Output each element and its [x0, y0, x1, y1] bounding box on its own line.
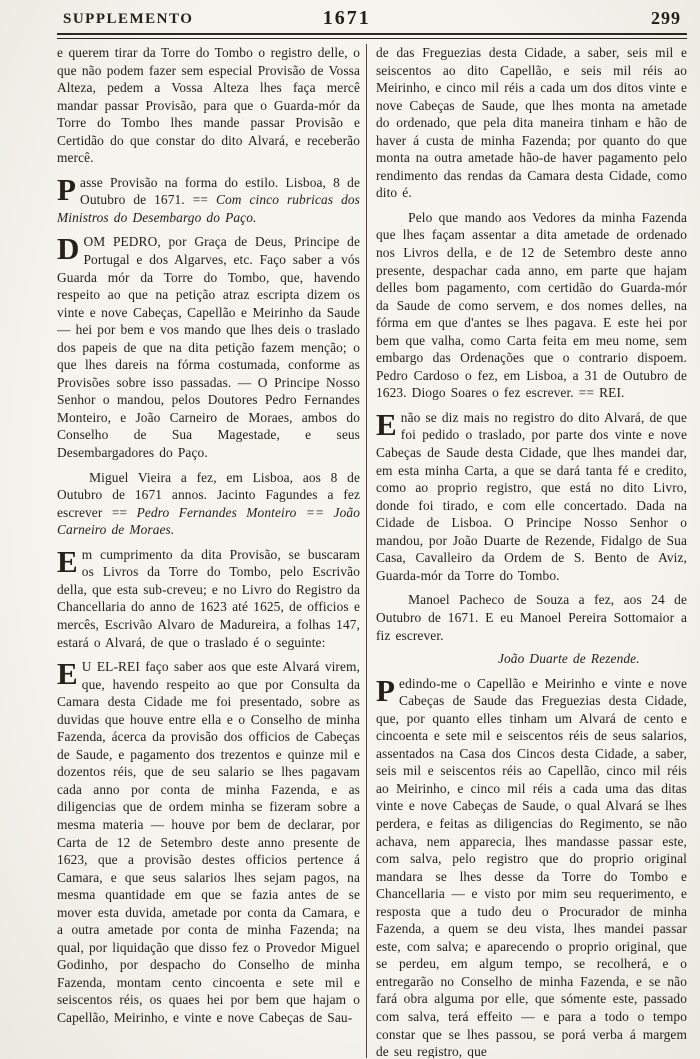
paragraph-indented: Manoel Pacheco de Souza a fez, aos 24 de…	[376, 591, 687, 644]
signature-line: João Duarte de Rezende.	[376, 650, 687, 668]
paragraph-text: m cumprimento da dita Provisão, se busca…	[57, 547, 360, 650]
header-double-rule	[57, 33, 687, 39]
paragraph-text: OM PEDRO, por Graça de Deus, Principe de…	[57, 234, 360, 460]
paragraph-text: de das Freguezias desta Cidade, a saber,…	[376, 45, 687, 200]
paragraph-dropcap: EU EL-REI faço saber aos que este Alvará…	[57, 658, 360, 1026]
paragraph-dropcap: Passe Provisão na forma do estilo. Lisbo…	[57, 174, 360, 227]
paragraph-dropcap: Em cumprimento da dita Provisão, se busc…	[57, 546, 360, 651]
page-header: SUPPLEMENTO 1671 299	[57, 6, 687, 33]
content-columns: e querem tirar da Torre do Tombo o regis…	[57, 44, 687, 1058]
paragraph-dropcap: Enão se diz mais no registro do dito Alv…	[376, 409, 687, 584]
drop-cap: P	[57, 174, 80, 203]
paragraph-text: Manoel Pacheco de Souza a fez, aos 24 de…	[376, 592, 687, 642]
left-column: e querem tirar da Torre do Tombo o regis…	[57, 44, 365, 1058]
drop-cap: E	[57, 546, 82, 575]
paragraph-text: edindo-me o Capellão e Meirinho e vinte …	[376, 676, 687, 1058]
paragraph-dropcap: Pedindo-me o Capellão e Meirinho e vinte…	[376, 675, 687, 1058]
drop-cap: E	[57, 658, 82, 687]
paragraph-text: não se diz mais no registro do dito Alva…	[376, 410, 687, 583]
drop-cap: D	[57, 233, 84, 262]
paragraph-text: U EL-REI faço saber aos que este Alvará …	[57, 659, 360, 1025]
journal-title: SUPPLEMENTO	[63, 11, 193, 28]
scanned-book-page: SUPPLEMENTO 1671 299 e querem tirar da T…	[0, 0, 700, 1059]
paragraph-indented: Pelo que mando aos Vedores da minha Faze…	[376, 209, 687, 402]
drop-cap: P	[376, 675, 399, 704]
header-year: 1671	[323, 7, 371, 30]
column-divider-rule	[366, 44, 367, 1058]
right-column: de das Freguezias desta Cidade, a saber,…	[368, 44, 687, 1058]
page-number: 299	[651, 8, 681, 29]
signature-text: João Duarte de Rezende.	[498, 651, 640, 666]
paragraph-text: e querem tirar da Torre do Tombo o regis…	[57, 45, 360, 165]
paragraph-dropcap: DOM PEDRO, por Graça de Deus, Principe d…	[57, 233, 360, 461]
paragraph-continuation: e querem tirar da Torre do Tombo o regis…	[57, 44, 360, 167]
paragraph-text: Pelo que mando aos Vedores da minha Faze…	[376, 210, 687, 400]
paragraph-indented: Miguel Vieira a fez, em Lisboa, aos 8 de…	[57, 469, 360, 539]
paragraph-continuation: de das Freguezias desta Cidade, a saber,…	[376, 44, 687, 202]
drop-cap: E	[376, 409, 401, 438]
